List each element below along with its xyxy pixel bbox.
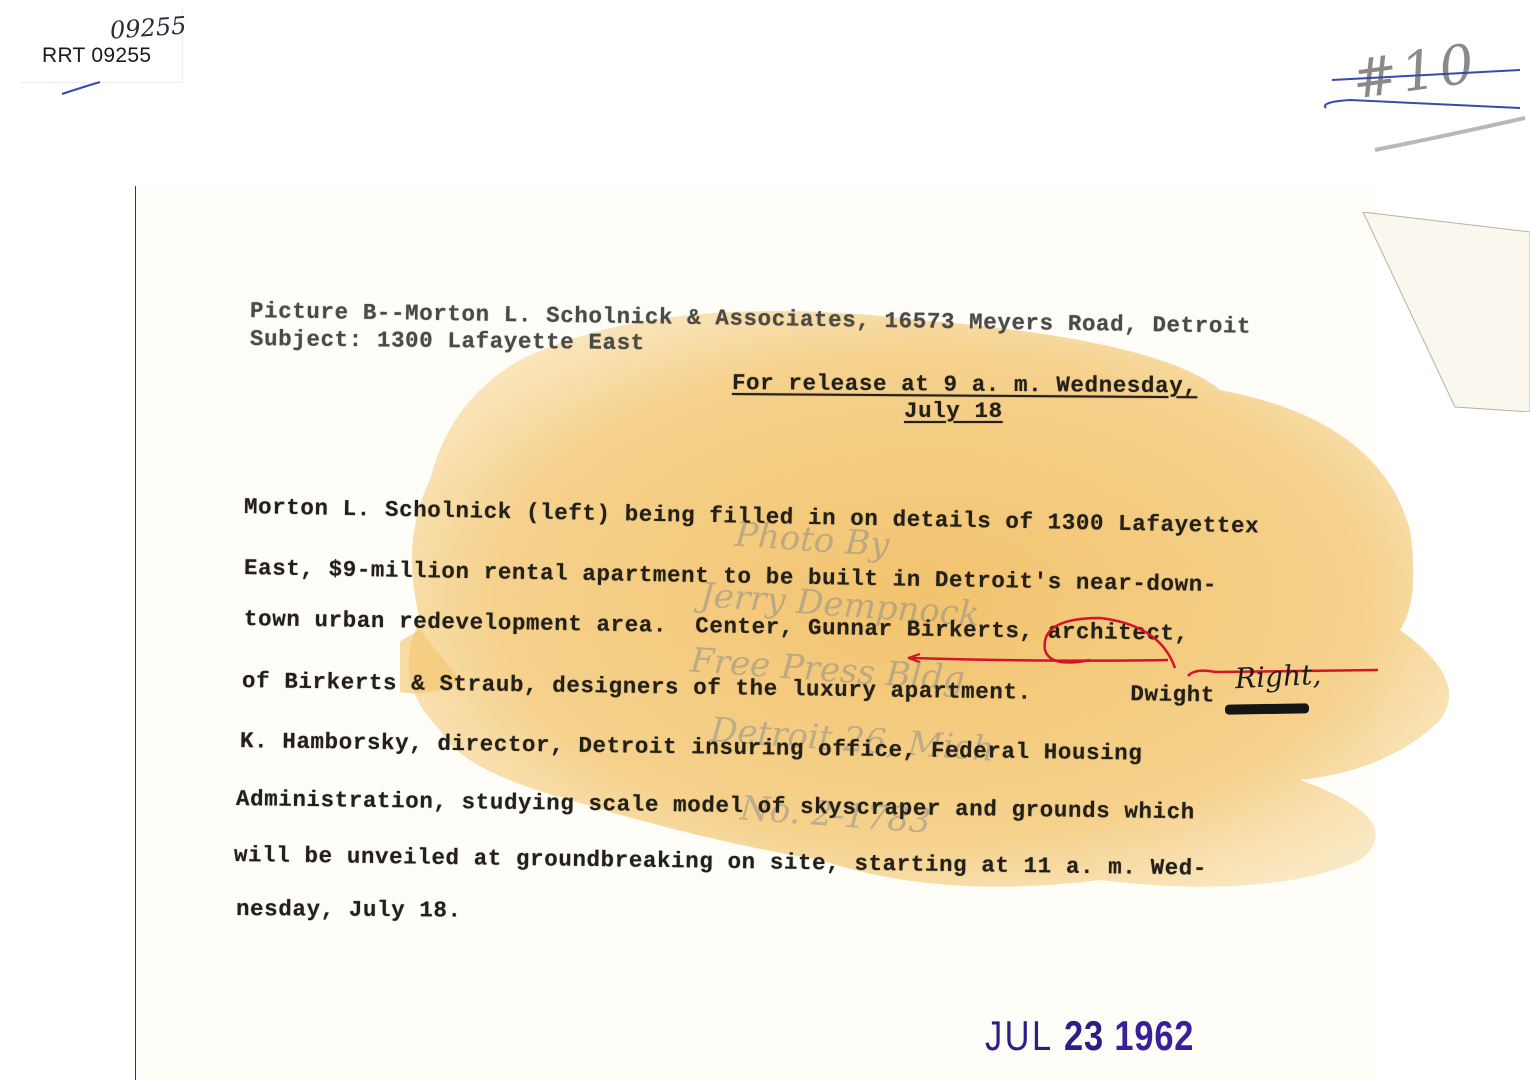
release-line: For release at 9 a. m. Wednesday, [732, 370, 1198, 399]
caption-line: nesday, July 18. [236, 896, 462, 924]
blue-pencil-mark-icon [60, 78, 110, 98]
header-subject-line: Subject: 1300 Lafayette East [250, 326, 645, 356]
archive-code: RRT 09255 [42, 44, 151, 68]
crossed-out-word [1225, 703, 1309, 714]
handwritten-archive-number: 09255 [109, 11, 187, 44]
stamp-day: 23 [1064, 1012, 1104, 1059]
release-date: July 18 [904, 398, 1003, 424]
price-strikethrough-icon [1320, 50, 1530, 160]
received-date-stamp: JUL 23 1962 [985, 1012, 1194, 1060]
archive-label: RRT 09255 09255 [20, 8, 183, 83]
stamp-month: JUL [985, 1012, 1054, 1059]
stamp-year: 1962 [1114, 1012, 1194, 1059]
handwritten-correction: Right, [1234, 658, 1322, 695]
